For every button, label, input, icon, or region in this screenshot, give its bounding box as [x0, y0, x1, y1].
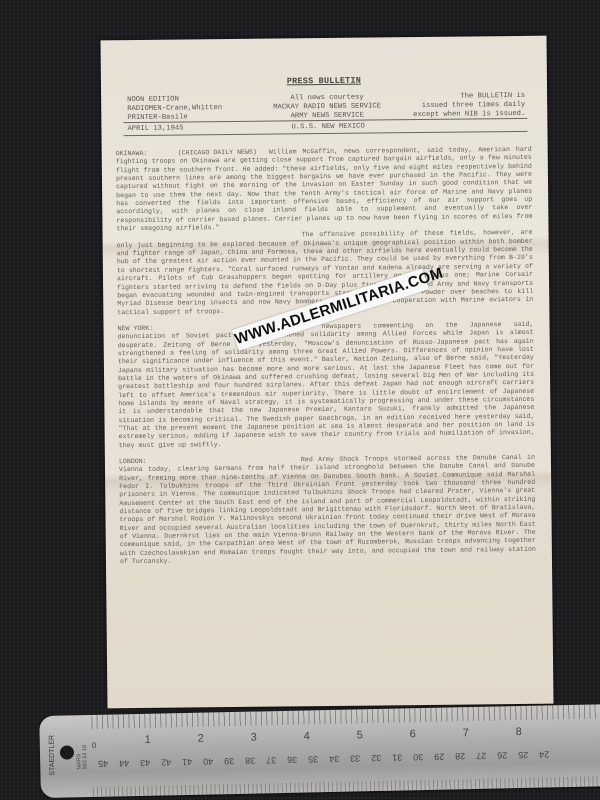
- hanging-hole: [60, 745, 74, 759]
- press-bulletin-document: PRESS BULLETIN NOON EDITION RADIOMEN-Cra…: [101, 36, 554, 709]
- cm-label: 37: [266, 755, 276, 765]
- cm-label: 45: [98, 759, 108, 769]
- article-paragraph: Swiss newspapers commenting on the Japan…: [118, 321, 535, 449]
- inch-label: 5: [357, 729, 363, 741]
- bulletin-ship: U.S.S. NEW MEXICO: [291, 123, 364, 132]
- cm-label: 42: [161, 757, 171, 767]
- cm-label: 44: [119, 758, 129, 768]
- cm-label: 43: [140, 758, 150, 768]
- inch-label: 8: [516, 726, 522, 738]
- cm-label: 39: [224, 756, 234, 766]
- header-left: NOON EDITION RADIOMEN-Crane,Whitten PRIN…: [127, 95, 222, 123]
- cm-label: 40: [203, 756, 213, 766]
- header-center: All news courtesy MACKAY RADIO NEWS SERV…: [273, 93, 381, 121]
- inch-label: 6: [410, 728, 416, 740]
- cm-label: 31: [392, 752, 402, 762]
- article-london: LONDON:Red Army Shock Troops stormed acr…: [119, 454, 536, 567]
- bulletin-body: OKINAWA:(CHICAGO DAILY NEWS)William McGa…: [116, 146, 536, 575]
- cm-label: 32: [371, 753, 381, 763]
- ruler-model: MARS 963 53 18: [76, 745, 89, 770]
- ruler-brand: STAEDTLER: [48, 735, 56, 776]
- cm-label: 28: [455, 751, 465, 761]
- article-paragraph: Red Army Shock Troops stormed across the…: [119, 454, 536, 565]
- article-okinawa: OKINAWA:(CHICAGO DAILY NEWS)William McGa…: [116, 146, 534, 317]
- inch-label: 2: [198, 733, 204, 745]
- inch-label: 1: [145, 734, 151, 746]
- inch-label: 3: [251, 732, 257, 744]
- cm-label: 34: [329, 754, 339, 764]
- article-new-york: NEW YORK:Swiss newspapers commenting on …: [117, 321, 534, 451]
- cm-label: 24: [539, 749, 549, 759]
- cm-label: 27: [476, 751, 486, 761]
- cm-label: 36: [287, 755, 297, 765]
- cm-label: 25: [518, 750, 528, 760]
- cm-label: 41: [182, 757, 192, 767]
- bulletin-title: PRESS BULLETIN: [101, 74, 547, 89]
- header-right: The BULLETIN is issued three times daily…: [413, 92, 525, 120]
- article-paragraph: William McGaffin, news correspondent, sa…: [116, 146, 533, 232]
- steel-ruler: STAEDTLER MARS 963 53 18 012345678 45444…: [39, 704, 600, 798]
- divider: [124, 131, 528, 136]
- cm-label: 35: [308, 754, 318, 764]
- bulletin-date: APRIL 13,1945: [127, 124, 183, 133]
- cm-label: 29: [434, 752, 444, 762]
- cm-label: 26: [497, 750, 507, 760]
- cm-label: 30: [413, 752, 423, 762]
- inch-label: 0: [92, 741, 97, 750]
- inch-label: 7: [463, 727, 469, 739]
- inch-label: 4: [304, 730, 310, 742]
- cm-label: 33: [350, 753, 360, 763]
- cm-label: 38: [245, 756, 255, 766]
